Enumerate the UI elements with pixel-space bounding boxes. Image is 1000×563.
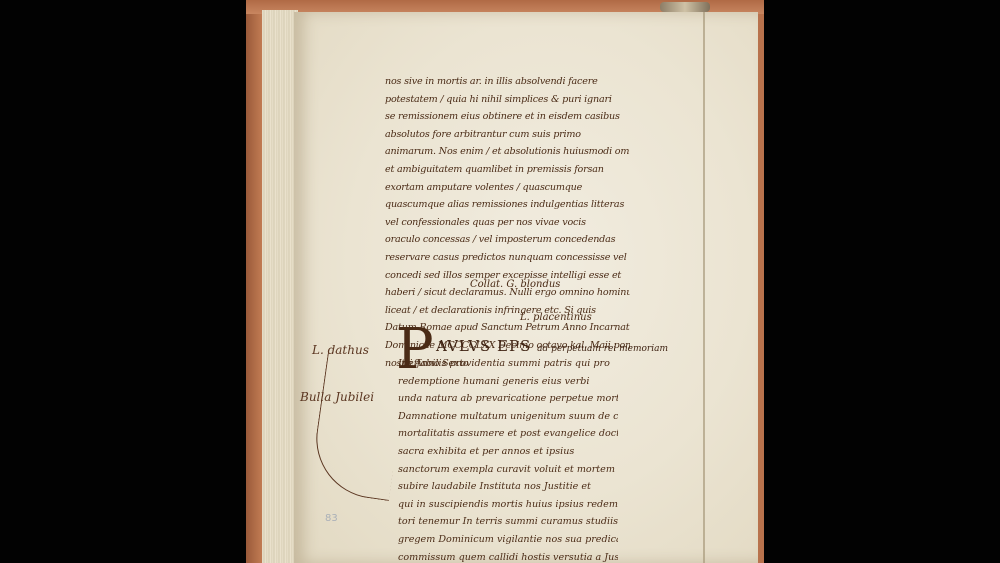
heading-tail: ad perpetuam rei memoriam — [537, 344, 668, 354]
page-edges-stack — [262, 10, 298, 563]
text-line: se remissionem eius obtinere et in eisde… — [385, 108, 630, 126]
text-line: qui in suscipiendis mortis huius ipsius … — [398, 497, 618, 515]
text-line: oraculo concessas / vel imposterum conce… — [385, 231, 630, 249]
text-line: subire laudabile Instituta nos Justitie … — [398, 479, 618, 497]
signature: Collat. G. blondus — [470, 279, 560, 290]
text-line: absolutos fore arbitrantur cum suis prim… — [385, 126, 630, 144]
secondary-signature: L. placentinus — [520, 312, 592, 323]
text-line: exortam amputare volentes / quascumque — [385, 179, 630, 197]
text-line: et ambiguitatem quamlibet in premissis f… — [385, 161, 630, 179]
text-line: vel confessionales quas per nos vivae vo… — [385, 214, 630, 232]
text-line: tori tenemur In terris summi curamus stu… — [398, 514, 618, 532]
bull-heading: AVLVS EPS ad perpetuam rei memoriam — [436, 337, 668, 355]
text-line: unda natura ab prevaricatione perpetue m… — [398, 391, 618, 409]
text-line: sacra exhibita et per annos et ipsius — [398, 444, 618, 462]
text-line: animarum. Nos enim / et absolutionis hui… — [385, 143, 630, 161]
folio-number: 83 — [325, 513, 338, 524]
text-line: redemptione humani generis eius verbi — [398, 374, 618, 392]
text-line: Ineffabilis providentia summi patris qui… — [398, 356, 618, 374]
text-line: reservare casus predictos nunquam conces… — [385, 249, 630, 267]
text-line: mortalitatis assumere et post evangelice… — [398, 426, 618, 444]
text-line: Damnatione multatum unigenitum suum de c… — [398, 409, 618, 427]
binding-clasp — [660, 2, 710, 12]
heading-name: AVLVS — [436, 337, 491, 355]
page-fold-line — [703, 12, 705, 563]
text-line: potestatem / quia hi nihil simplices & p… — [385, 91, 630, 109]
text-line: quascumque alias remissiones indulgentia… — [385, 196, 630, 214]
lower-text-block: Ineffabilis providentia summi patris qui… — [398, 356, 618, 563]
text-line: gregem Dominicum vigilantie nos sua pred… — [398, 532, 618, 550]
text-line: commissum quem callidi hostis versutia a… — [398, 550, 618, 563]
text-line: nos sive in mortis ar. in illis absolven… — [385, 73, 630, 91]
heading-suffix: EPS — [497, 337, 531, 355]
text-line: sanctorum exempla curavit voluit et mort… — [398, 462, 618, 480]
